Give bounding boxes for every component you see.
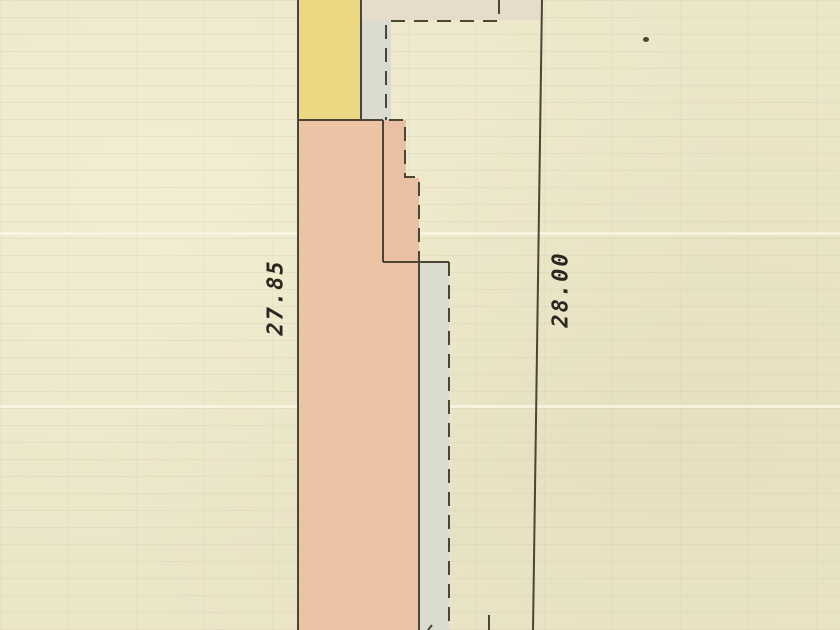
- salmon-parcel-step: [383, 120, 419, 262]
- grey-strip-lower: [419, 262, 449, 630]
- ink-speck: [643, 37, 649, 42]
- plot-plan-drawing: [0, 0, 840, 630]
- yellow-parcel: [298, 0, 361, 120]
- top-band: [361, 0, 541, 20]
- dimension-label-left: 27.85: [264, 248, 289, 348]
- dimension-label-right: 28.00: [549, 240, 574, 340]
